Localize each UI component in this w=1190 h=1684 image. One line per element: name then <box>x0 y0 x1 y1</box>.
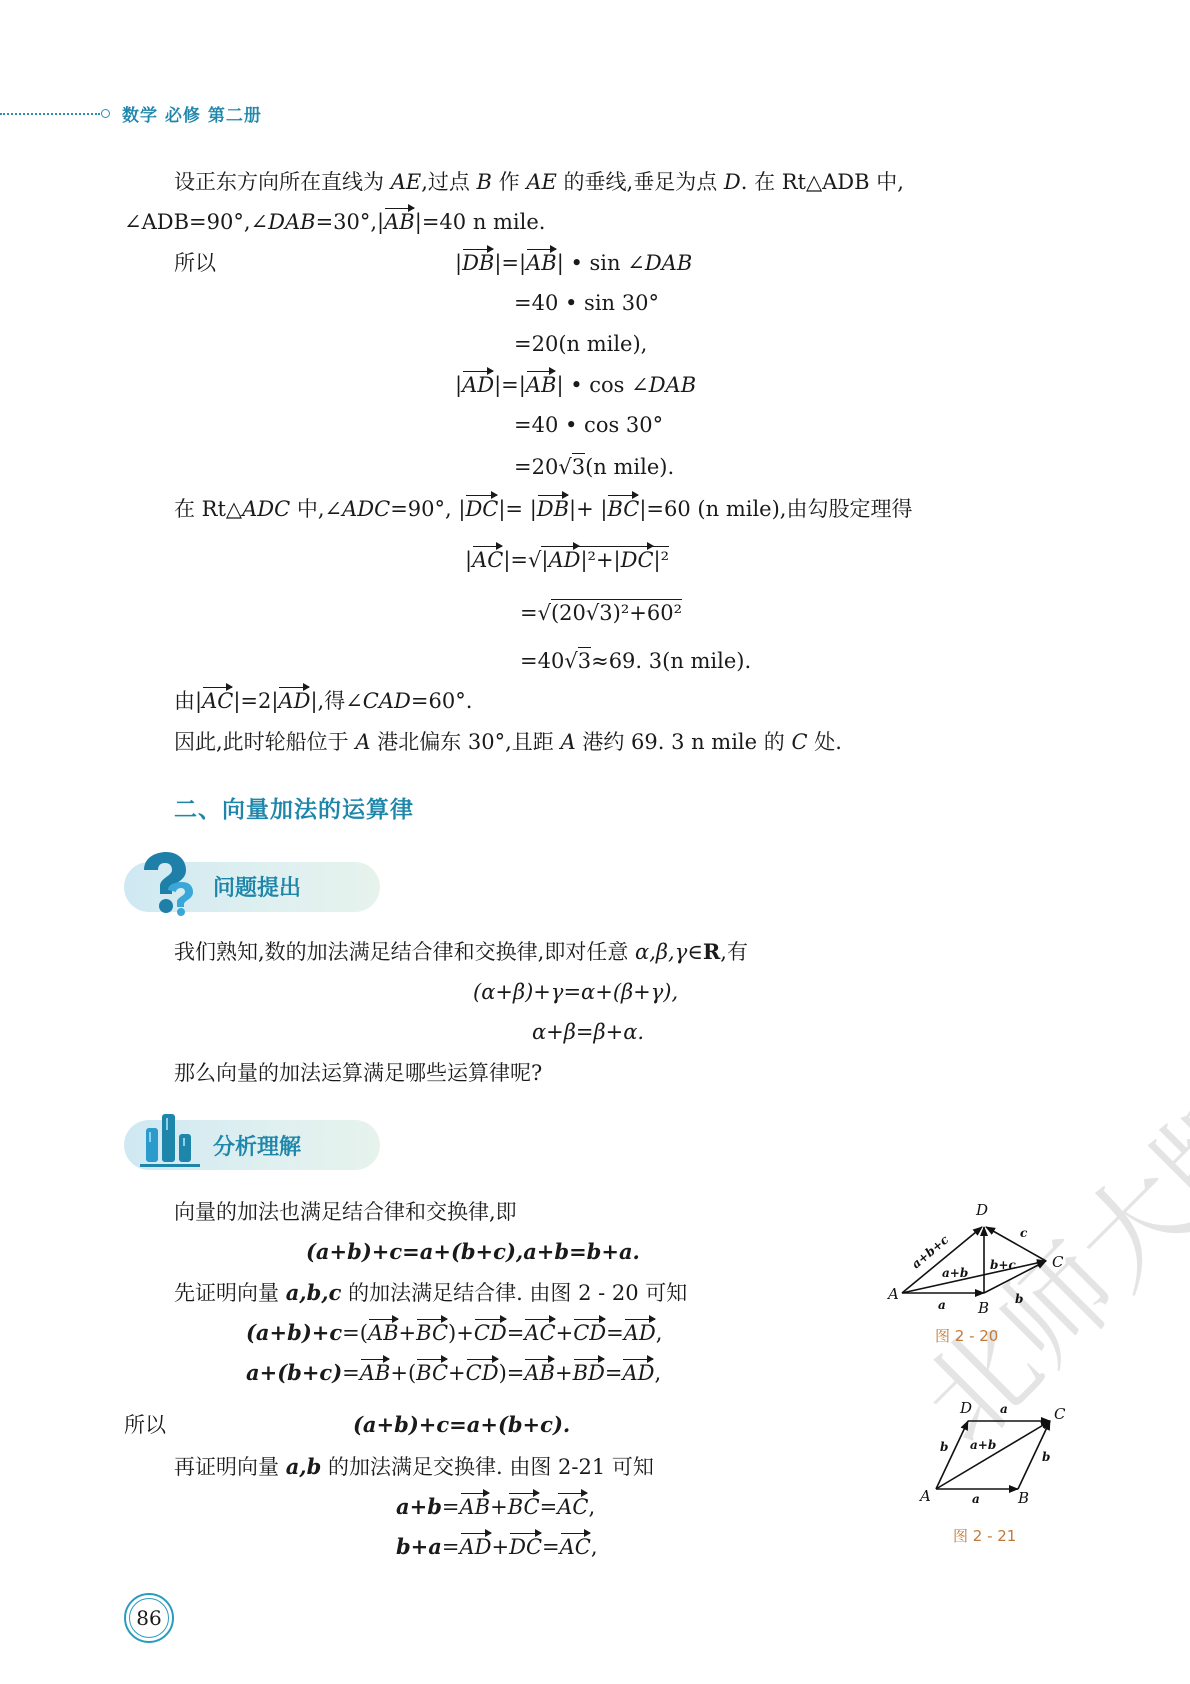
text: , <box>654 1361 661 1385</box>
edge-ad-label: b <box>940 1440 948 1454</box>
analysis-box-label: 分析理解 <box>213 1130 301 1161</box>
point-d-label: D <box>959 1399 972 1417</box>
vector-ac: AC <box>560 1532 591 1562</box>
text: = <box>442 1535 460 1559</box>
question-paragraph-1: 我们熟知,数的加法满足结合律和交换律,即对任意 α,β,γ∈R,有 <box>174 937 748 967</box>
so-label-2: 所以 <box>124 1410 166 1440</box>
equation-db-2: =40 • sin 30° <box>514 288 659 318</box>
figure-2-21-caption: 图 2 - 21 <box>953 1525 1016 1546</box>
text: + <box>492 1535 510 1559</box>
text: )+ <box>448 1321 474 1345</box>
text: + <box>399 1321 417 1345</box>
math-var: a+b <box>396 1494 442 1519</box>
vector-ac: AC <box>557 1492 588 1522</box>
text: |,得∠ <box>310 689 362 713</box>
text: = <box>342 1361 360 1385</box>
text: 由| <box>174 689 202 713</box>
vector-bc: BC <box>416 1318 448 1348</box>
bar-chart-icon <box>140 1110 202 1168</box>
text: 再证明向量 <box>174 1455 286 1479</box>
equation-ac-3: =40√3≈69. 3(n mile). <box>520 646 751 676</box>
vector-bd: BD <box>573 1358 605 1388</box>
text: =60°. <box>411 689 473 713</box>
math-var: a+(b+c) <box>246 1360 342 1385</box>
vector-bc: BC <box>607 494 639 524</box>
vector-db: DB <box>537 494 569 524</box>
text: =40 <box>520 649 564 673</box>
math-var: B <box>477 170 492 194</box>
math-var: a,b <box>286 1454 322 1479</box>
text: = <box>507 1321 525 1345</box>
edge-ac-label: a+b <box>942 1266 968 1280</box>
section-title: 二、向量加法的运算律 <box>174 791 414 824</box>
text: 港北偏东 30°,且距 <box>371 730 561 754</box>
math-var: b+a <box>396 1534 442 1559</box>
math-var: DAB <box>268 210 315 234</box>
math-var: ADC <box>342 497 390 521</box>
vector-ab: AB <box>526 370 557 400</box>
text: ∠ADB=90°,∠ <box>124 210 268 234</box>
text: = <box>442 1495 460 1519</box>
text: = <box>606 1321 624 1345</box>
text: =30°,| <box>316 210 385 234</box>
vector-ad: AD <box>278 686 310 716</box>
sqrt-radicand: (20√3)²+60² <box>551 599 682 625</box>
page-number-badge: 86 <box>124 1593 174 1643</box>
edge-cd-label: c <box>1020 1226 1028 1240</box>
vector-db: DB <box>462 248 494 278</box>
equation-associative-result: (a+b)+c=a+(b+c). <box>353 1410 570 1440</box>
vector-dc: DC <box>621 545 654 575</box>
text: | • sin ∠ <box>557 251 645 275</box>
vector-ad: AD <box>622 1358 654 1388</box>
edge-bd-label: b+c <box>990 1258 1016 1272</box>
point-b-label: B <box>1017 1489 1029 1505</box>
math-var: C <box>791 730 807 754</box>
text: 我们熟知,数的加法满足结合律和交换律,即对任意 <box>174 940 635 964</box>
edge-bc-label: b <box>1015 1292 1023 1306</box>
point-a-label: A <box>918 1487 931 1505</box>
equation-ad-3: =20√3(n mile). <box>514 452 674 482</box>
vector-ac: AC <box>524 1318 555 1348</box>
question-paragraph-2: 那么向量的加法运算满足哪些运算律呢? <box>174 1058 542 1088</box>
text: |+ | <box>569 497 607 521</box>
analysis-paragraph-3: 再证明向量 a,b 的加法满足交换律. 由图 2-21 可知 <box>174 1452 654 1482</box>
text: |²+| <box>580 548 620 572</box>
math-var: AE <box>526 170 557 194</box>
so-label: 所以 <box>174 248 216 278</box>
edge-ab-label: a <box>972 1492 980 1505</box>
text: 港约 69. 3 n mile 的 <box>576 730 792 754</box>
math-var: AE <box>391 170 422 194</box>
text: , <box>588 1495 595 1519</box>
vector-bc: BC <box>508 1492 540 1522</box>
point-a-label: A <box>886 1285 899 1303</box>
solution-paragraph-2: ∠ADB=90°,∠DAB=30°,|AB|=40 n mile. <box>124 207 545 237</box>
text: 作 <box>492 170 526 194</box>
vector-ac: AC <box>472 545 503 575</box>
text: )= <box>499 1361 525 1385</box>
equation-db-3: =20(n mile), <box>514 329 647 359</box>
text: |=2| <box>233 689 278 713</box>
math-var: a,b,c <box>286 1280 342 1305</box>
vector-ad: AD <box>460 1532 492 1562</box>
text: ,过点 <box>421 170 476 194</box>
text: 的垂线,垂足为点 <box>557 170 724 194</box>
vector-dc: DC <box>465 494 498 524</box>
sqrt-radicand: 3 <box>578 647 591 673</box>
vector-cd: CD <box>573 1318 606 1348</box>
figure-2-20-caption: 图 2 - 20 <box>935 1325 998 1346</box>
text: . 在 Rt△ADB 中, <box>741 170 904 194</box>
text: |² <box>654 548 670 572</box>
vector-bc: BC <box>416 1358 448 1388</box>
text: + <box>556 1321 574 1345</box>
text: = <box>542 1535 560 1559</box>
text: 在 Rt△ <box>174 497 242 521</box>
question-box-label: 问题提出 <box>213 871 301 902</box>
equation-vector-laws: (a+b)+c=a+(b+c),a+b=b+a. <box>306 1237 640 1267</box>
math-var: α,β,γ <box>635 940 687 964</box>
analysis-paragraph-1: 向量的加法也满足结合律和交换律,即 <box>174 1197 517 1227</box>
ring-marker-icon <box>101 109 110 118</box>
text: |=40 n mile. <box>415 210 546 234</box>
equation-associative-2: a+(b+c)=AB+(BC+CD)=AB+BD=AD, <box>246 1358 661 1388</box>
figure-2-21-diagram: A B C D a b b a a+b <box>910 1395 1070 1505</box>
edge-ab-label: a <box>938 1298 946 1312</box>
equation-ad-1: |AD|=|AB| • cos ∠DAB <box>455 370 696 400</box>
text: 的加法满足结合律. 由图 2 - 20 可知 <box>341 1281 687 1305</box>
vector-ac: AC <box>202 686 233 716</box>
vector-ab: AB <box>384 207 415 237</box>
vector-ab: AB <box>460 1492 491 1522</box>
text: |=| <box>494 373 526 397</box>
solution-paragraph-4: 由|AC|=2|AD|,得∠CAD=60°. <box>174 686 472 716</box>
equation-commutative-1: a+b=AB+BC=AC, <box>396 1492 595 1522</box>
text: , <box>591 1535 598 1559</box>
text: |=60 (n mile),由勾股定理得 <box>639 497 912 521</box>
text: 设正东方向所在直线为 <box>174 170 391 194</box>
point-c-label: C <box>1054 1405 1066 1423</box>
text: , <box>656 1321 663 1345</box>
text: ≈69. 3(n mile). <box>591 649 751 673</box>
analysis-paragraph-2: 先证明向量 a,b,c 的加法满足结合律. 由图 2 - 20 可知 <box>174 1278 687 1308</box>
vector-ad: AD <box>624 1318 656 1348</box>
vector-ab: AB <box>526 248 557 278</box>
vector-cd: CD <box>466 1358 499 1388</box>
text: 因此,此时轮船位于 <box>174 730 355 754</box>
page-number: 86 <box>129 1598 169 1638</box>
sqrt-radicand: |AD|²+|DC|² <box>541 546 669 572</box>
equation-ad-2: =40 • cos 30° <box>514 410 663 440</box>
text: ∈ <box>687 940 703 964</box>
equation-commutative-2: b+a=AD+DC=AC, <box>396 1532 598 1562</box>
question-mark-icon <box>138 850 194 916</box>
math-var: D <box>724 170 741 194</box>
math-var: DAB <box>649 373 696 397</box>
text: ,有 <box>720 940 748 964</box>
edge-bc-label: b <box>1042 1450 1050 1464</box>
solution-paragraph-3: 在 Rt△ADC 中,∠ADC=90°, |DC|= |DB|+ |BC|=60… <box>174 494 912 524</box>
text: +( <box>390 1361 416 1385</box>
text: |=√ <box>503 548 541 572</box>
vector-ab: AB <box>360 1358 391 1388</box>
edge-ac-label: a+b <box>970 1438 996 1452</box>
vector-ad: AD <box>548 545 580 575</box>
equation-commutative-real: α+β=β+α. <box>532 1017 644 1047</box>
real-numbers-symbol: R <box>703 939 720 964</box>
figure-2-20-diagram: A B C D a b c a+b b+c a+b+c <box>880 1195 1080 1315</box>
equation-ac-2: =√(20√3)²+60² <box>520 598 682 628</box>
text: = <box>605 1361 623 1385</box>
edge-dc-label: a <box>1000 1402 1008 1416</box>
text: =√ <box>520 601 551 625</box>
math-var: A <box>355 730 370 754</box>
vector-ab: AB <box>368 1318 399 1348</box>
text: |= | <box>498 497 536 521</box>
dotted-rule <box>0 113 100 115</box>
running-title: 数学 必修 第二册 <box>122 101 262 126</box>
math-var: DAB <box>645 251 692 275</box>
math-var: A <box>560 730 575 754</box>
equation-associative-real: (α+β)+γ=α+(β+γ), <box>473 977 678 1007</box>
text: + <box>490 1495 508 1519</box>
vector-ad: AD <box>462 370 494 400</box>
vector-dc: DC <box>509 1532 542 1562</box>
text: + <box>448 1361 466 1385</box>
equation-associative-1: (a+b)+c=(AB+BC)+CD=AC+CD=AD, <box>246 1318 662 1348</box>
text: + <box>555 1361 573 1385</box>
text: =( <box>342 1321 368 1345</box>
text: 的加法满足交换律. 由图 2-21 可知 <box>321 1455 654 1479</box>
solution-paragraph-5: 因此,此时轮船位于 A 港北偏东 30°,且距 A 港约 69. 3 n mil… <box>174 727 842 757</box>
text: (n mile). <box>585 455 674 479</box>
vector-ab: AB <box>524 1358 555 1388</box>
text: 先证明向量 <box>174 1281 286 1305</box>
text: 处. <box>808 730 842 754</box>
text: = <box>540 1495 558 1519</box>
math-var: CAD <box>363 689 411 713</box>
point-b-label: B <box>977 1299 989 1315</box>
equation-ac-1: |AC|=√|AD|²+|DC|² <box>465 545 669 575</box>
sqrt-radicand: 3 <box>572 453 585 479</box>
text: =90°, | <box>390 497 465 521</box>
text: | • cos ∠ <box>556 373 648 397</box>
text: =20 <box>514 455 558 479</box>
math-var: (a+b)+c <box>246 1320 342 1345</box>
solution-paragraph-1: 设正东方向所在直线为 AE,过点 B 作 AE 的垂线,垂足为点 D. 在 Rt… <box>174 167 904 197</box>
text: 中,∠ <box>290 497 342 521</box>
vector-cd: CD <box>474 1318 507 1348</box>
math-var: ADC <box>242 497 290 521</box>
text: |=| <box>494 251 526 275</box>
point-c-label: C <box>1052 1253 1064 1271</box>
running-header: 数学 必修 第二册 <box>0 98 262 128</box>
point-d-label: D <box>975 1201 988 1219</box>
equation-db-1: |DB|=|AB| • sin ∠DAB <box>455 248 692 278</box>
